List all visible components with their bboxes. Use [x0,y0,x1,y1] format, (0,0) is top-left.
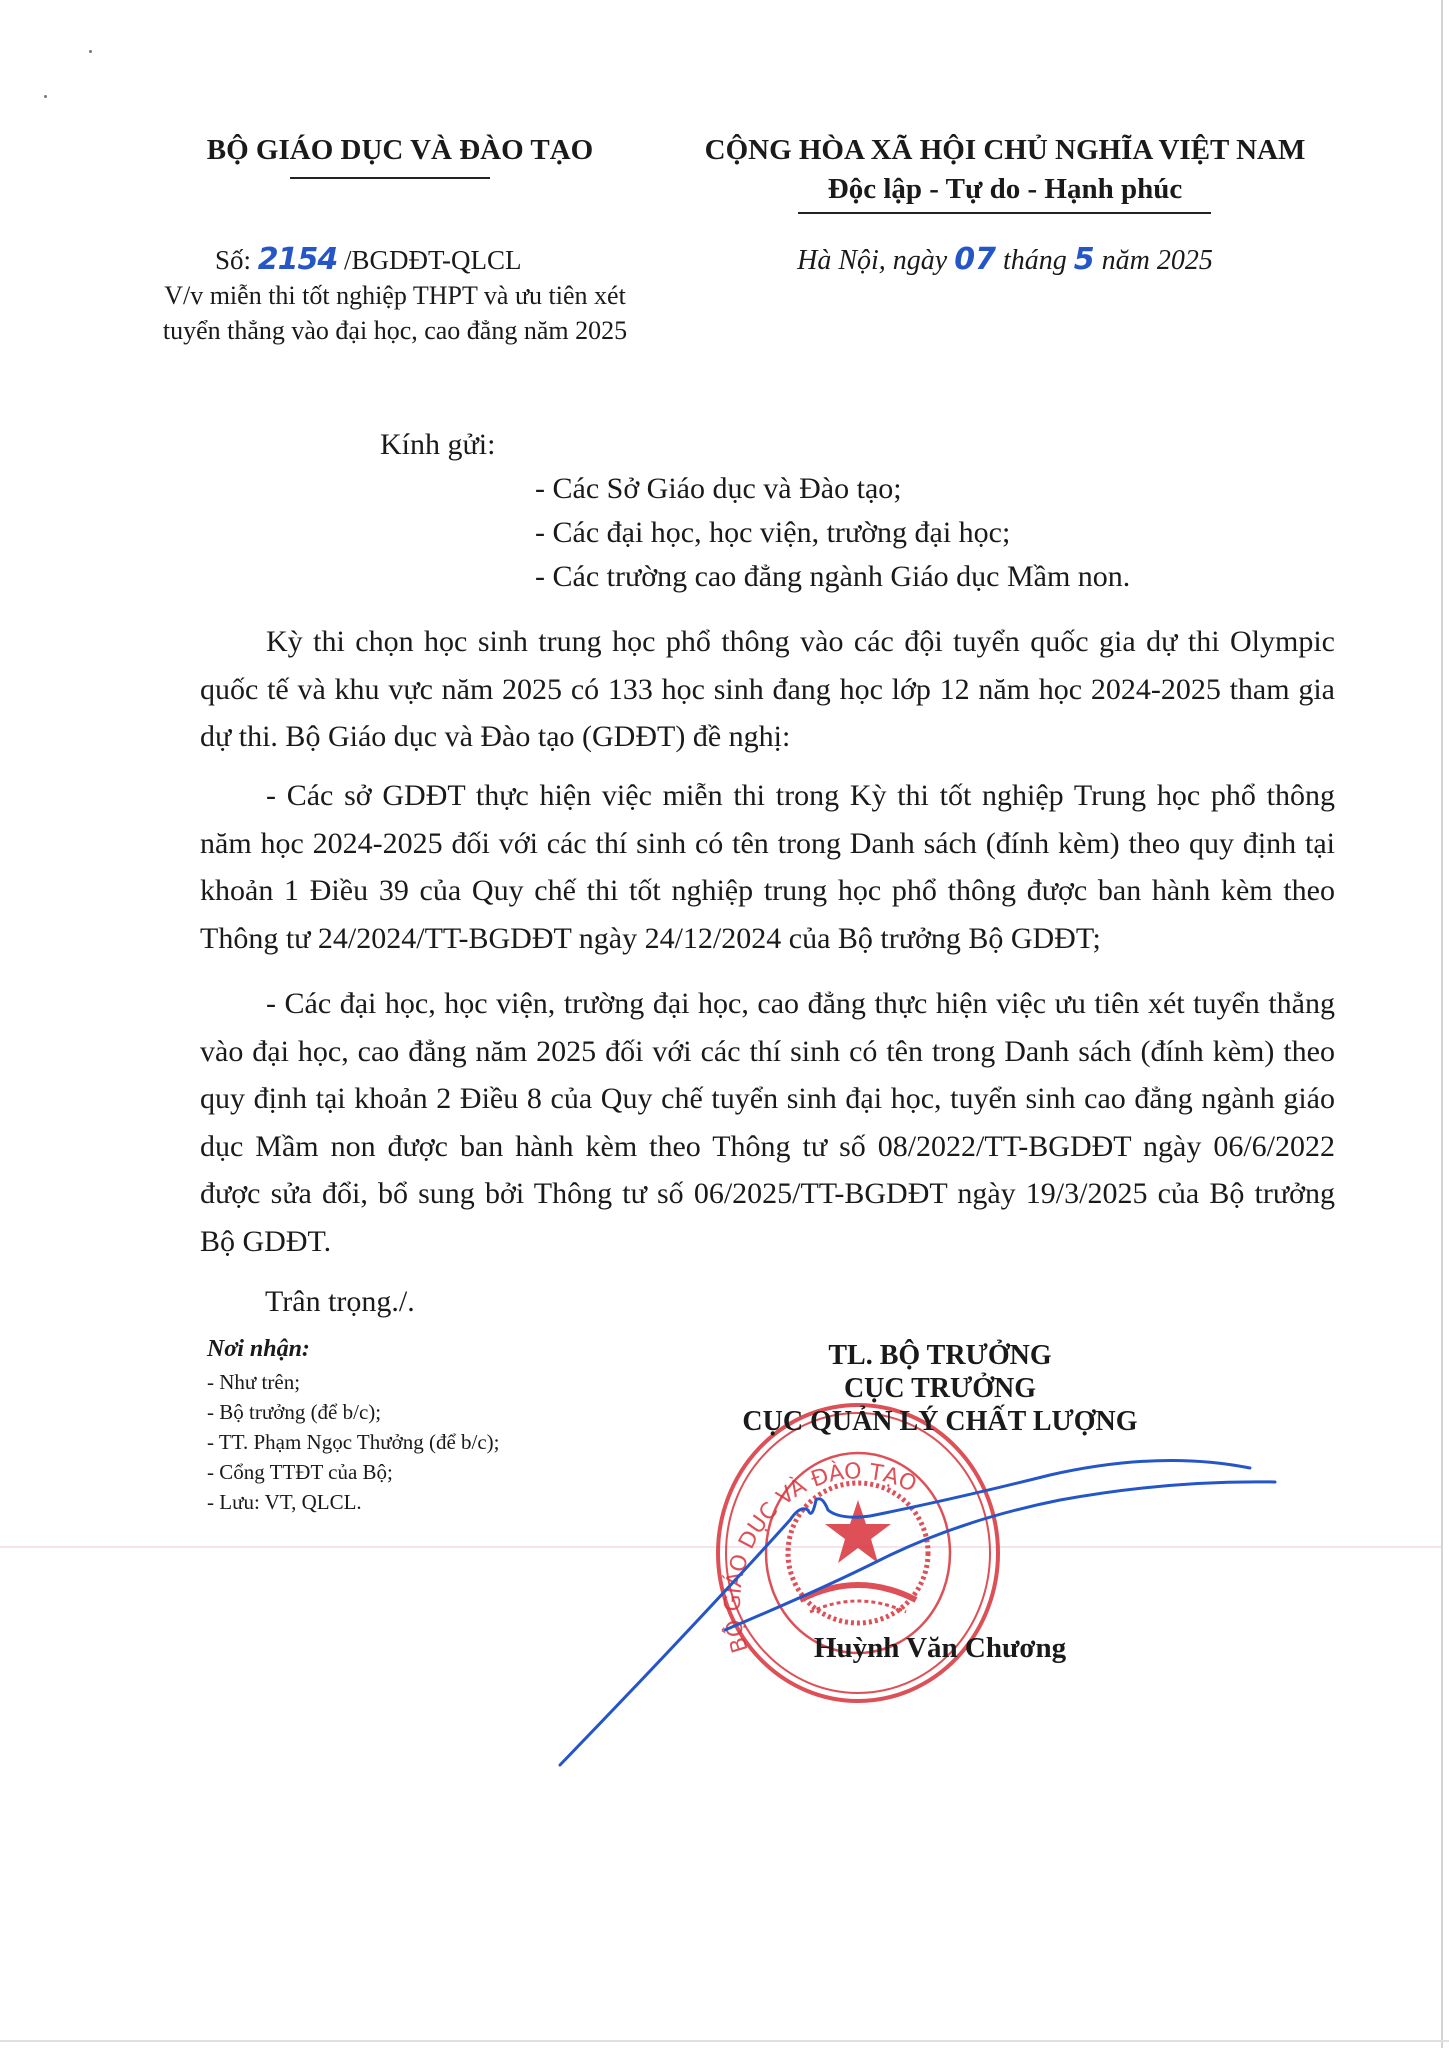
paragraph-text: Kỳ thi chọn học sinh trung học phổ thông… [200,618,1335,761]
closing: Trân trọng./. [265,1285,415,1319]
page-edge [1441,0,1443,2048]
date-prefix: Hà Nội, ngày [797,245,947,276]
distribution-item: - Cổng TTĐT của Bộ; [207,1460,393,1485]
distribution-item: - Bộ trưởng (để b/c); [207,1400,381,1425]
body-paragraph: Kỳ thi chọn học sinh trung học phổ thông… [200,618,1335,761]
ministry-underline [290,177,490,179]
handwritten-signature [560,1460,1275,1765]
date-month-label: tháng [1003,245,1067,276]
motto-underline [798,212,1211,214]
recipient-item: - Các Sở Giáo dục và Đào tạo; [535,472,902,506]
recipient-item: - Các đại học, học viện, trường đại học; [535,516,1010,550]
signature-title: TL. BỘ TRƯỞNG [690,1340,1190,1372]
date-month-handwritten: 5 [1074,242,1095,277]
greeting: Kính gửi: [380,428,495,462]
nation-title: CỘNG HÒA XÃ HỘI CHỦ NGHĨA VIỆT NAM [670,134,1340,167]
distribution-title: Nơi nhận: [207,1336,310,1363]
stamp-ring-text: BỘ GIÁO DỤC VÀ ĐÀO TẠO [721,1459,920,1655]
distribution-item: - TT. Phạm Ngọc Thưởng (để b/c); [207,1430,500,1455]
doc-number-handwritten: 2154 [258,242,338,277]
signature-title: CỤC QUẢN LÝ CHẤT LƯỢNG [690,1406,1190,1438]
body-paragraph: - Các đại học, học viện, trường đại học,… [200,980,1335,1265]
date-year: năm 2025 [1102,245,1213,276]
body-paragraph: - Các sở GDĐT thực hiện việc miễn thi tr… [200,772,1335,962]
document-subject: V/v miễn thi tốt nghiệp THPT và ưu tiên … [150,278,640,348]
date-day-handwritten: 07 [954,242,996,277]
document-number: Số: 2154 /BGDĐT-QLCL [215,242,522,277]
doc-number-suffix: /BGDĐT-QLCL [344,245,522,275]
page-edge [0,2040,1449,2042]
ministry-name: BỘ GIÁO DỤC VÀ ĐÀO TẠO [185,134,615,167]
paragraph-text: - Các sở GDĐT thực hiện việc miễn thi tr… [200,772,1335,962]
signer-name: Huỳnh Văn Chương [690,1632,1190,1665]
dateline: Hà Nội, ngày 07 tháng 5 năm 2025 [670,242,1340,277]
recipient-item: - Các trường cao đẳng ngành Giáo dục Mầm… [535,560,1130,594]
distribution-item: - Như trên; [207,1370,300,1395]
scan-speck [44,95,47,98]
signature-title: CỤC TRƯỞNG [690,1373,1190,1405]
doc-number-label: Số: [215,245,251,275]
scan-speck [89,50,92,53]
distribution-item: - Lưu: VT, QLCL. [207,1490,362,1515]
scan-artifact-line [0,1546,1441,1548]
paragraph-text: - Các đại học, học viện, trường đại học,… [200,980,1335,1265]
national-motto: Độc lập - Tự do - Hạnh phúc [670,173,1340,206]
